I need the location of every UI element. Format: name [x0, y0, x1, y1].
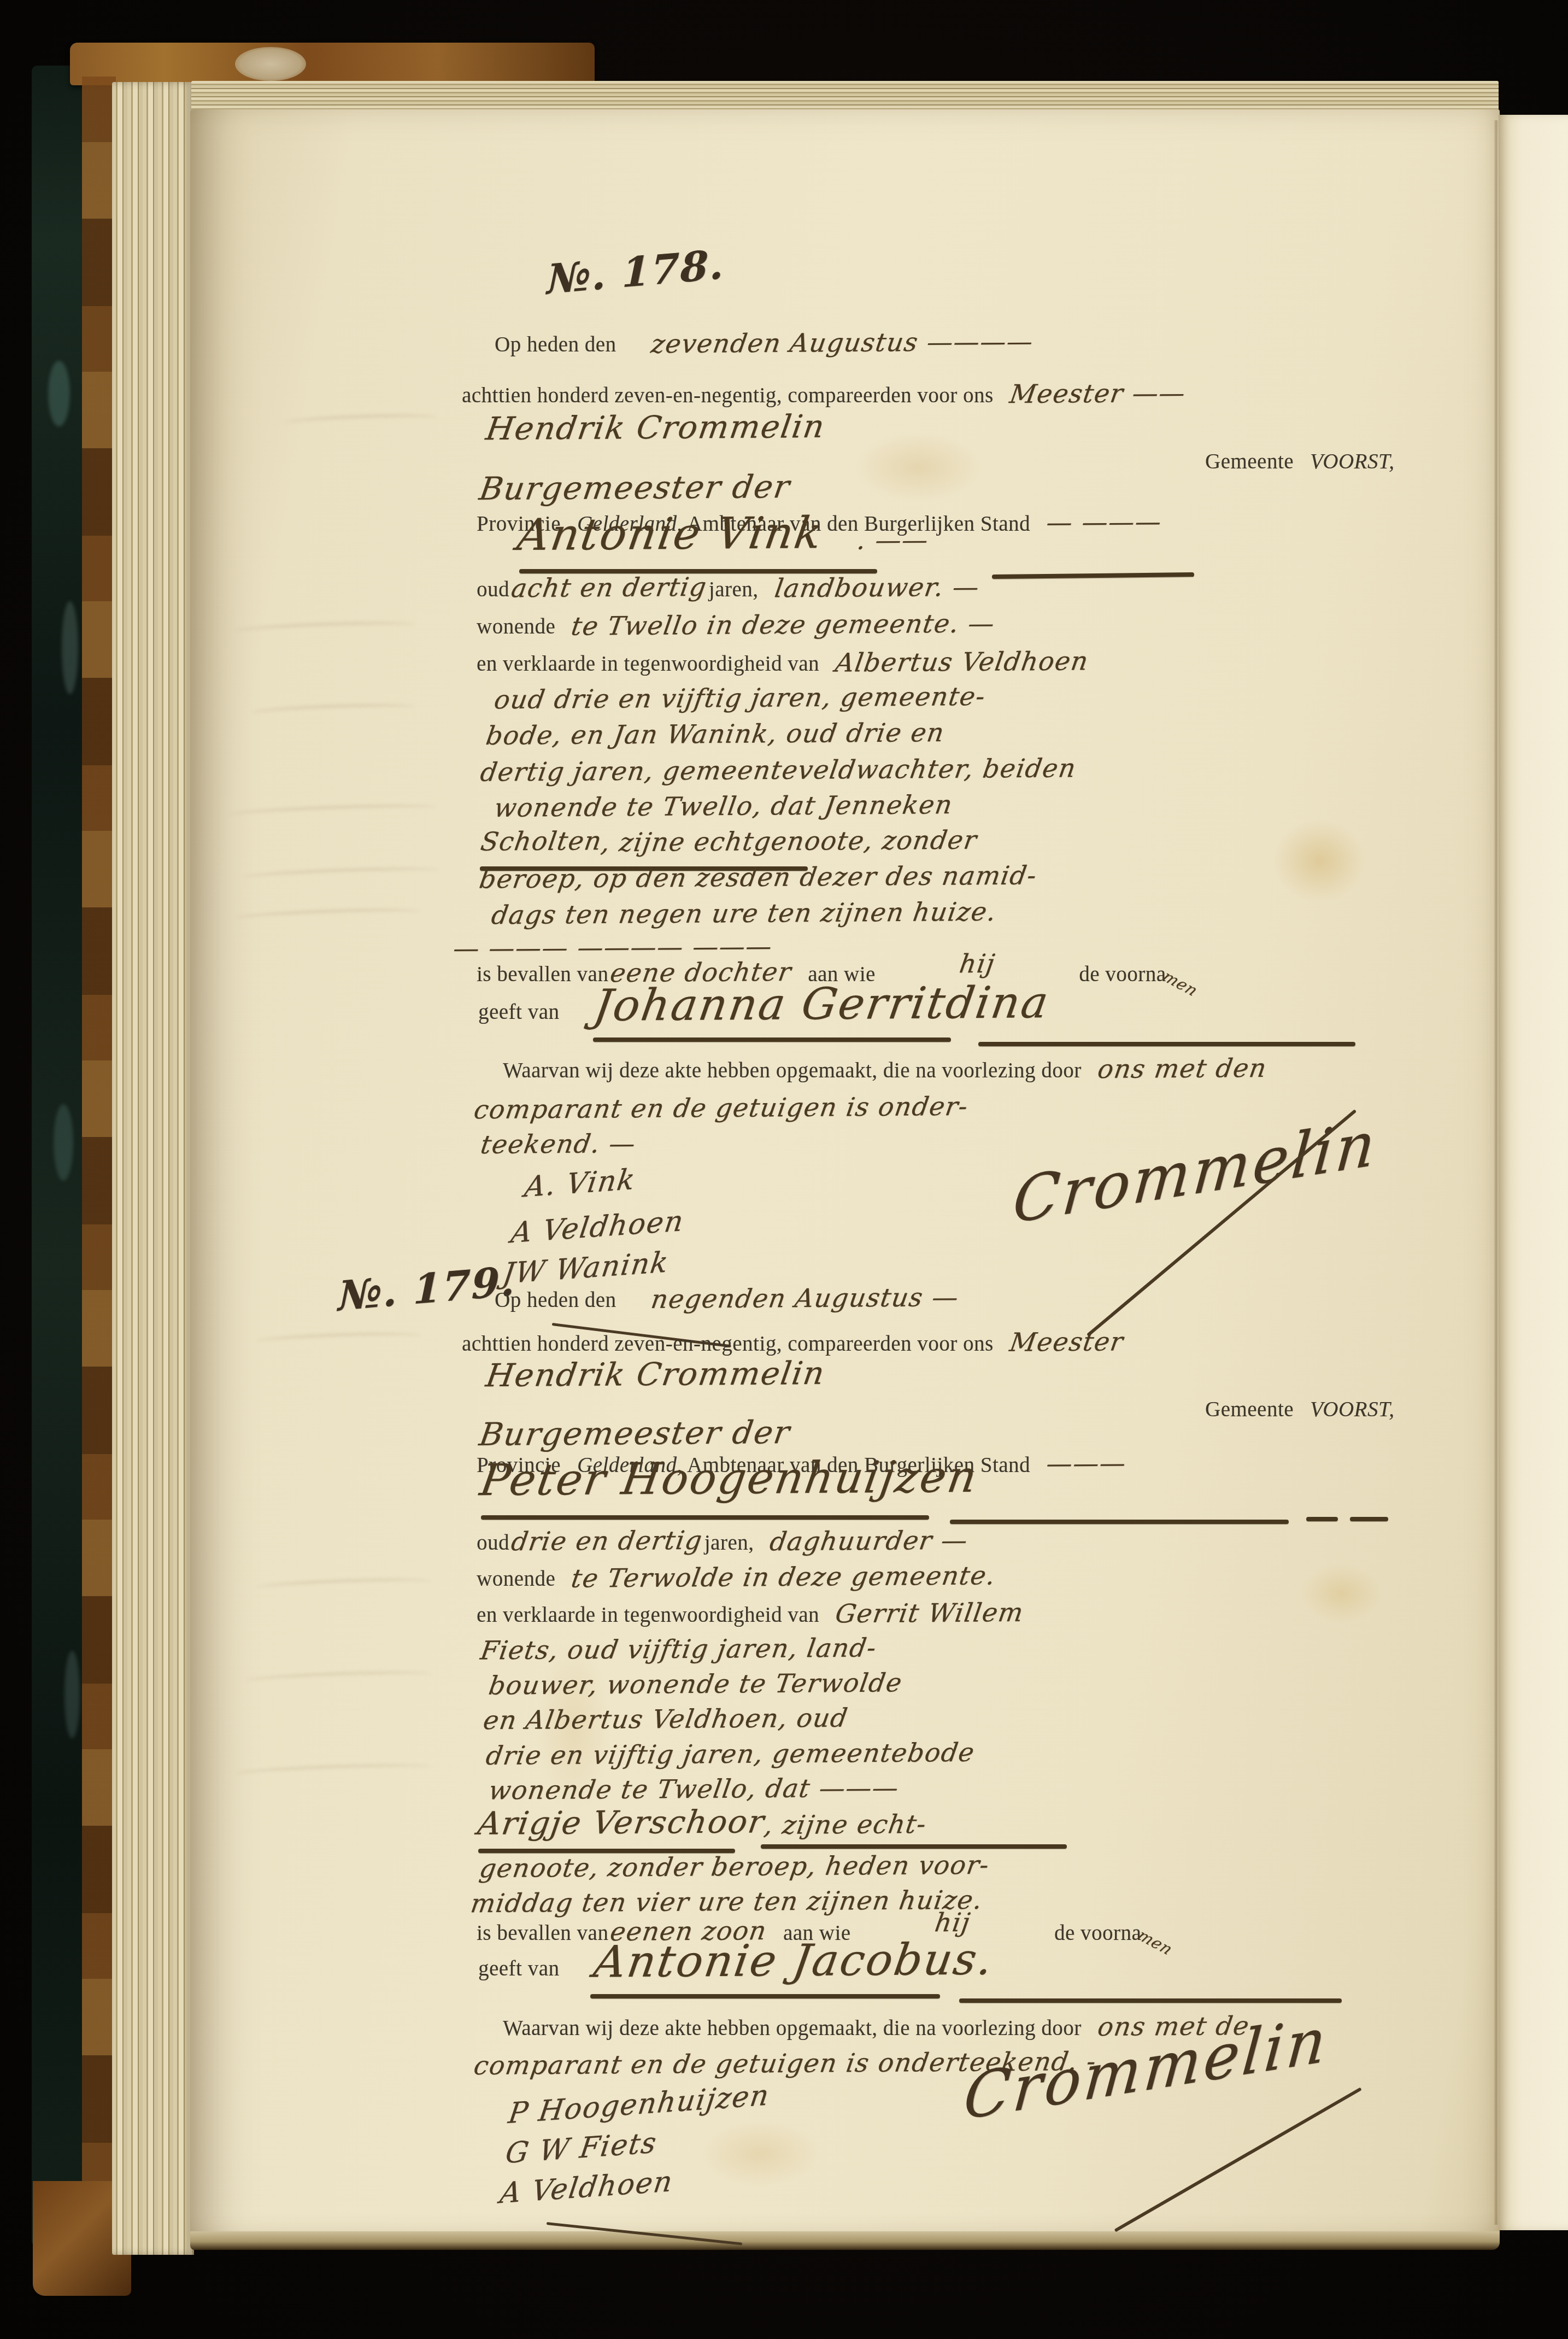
witness-signature: G W Fiets — [506, 2132, 657, 2165]
handwritten-name: Scholten — [479, 826, 604, 857]
handwritten-text: wonende te Twello, dat Jenneken — [492, 790, 955, 823]
handwritten-name: Hendrik Crommelin — [484, 1355, 828, 1394]
handwritten-text: Burgemeester der — [477, 1414, 793, 1453]
municipality-label: Gemeente VOORST, — [1205, 1397, 1394, 1422]
record-number-text: №. 179. — [338, 1258, 516, 1321]
record-line: Antonie Vink . —— — [518, 508, 929, 559]
marble-fleck — [48, 361, 70, 426]
record-line: dertig jaren, gemeenteveldwachter, beide… — [481, 755, 1076, 785]
handwritten-name: Peter Hoogenhuijzen — [477, 1451, 981, 1505]
municipality-label: Gemeente VOORST, — [1205, 449, 1394, 474]
handwritten-text: landbouwer. — — [772, 572, 982, 604]
record-line: Hendrik Crommelin — [486, 1356, 825, 1393]
paper-stain — [1301, 1563, 1383, 1623]
signature-text: A Veldhoen — [509, 1205, 686, 1250]
paper-stain — [700, 2121, 820, 2186]
ink-underline — [1350, 1517, 1388, 1521]
record-line: oud drie en vijftig jaren, gemeente- — [495, 683, 985, 713]
printed-text: de voorna — [1054, 1921, 1141, 1945]
printed-text: wonende — [477, 1567, 555, 1591]
handwritten-text: ——— — [1044, 1448, 1129, 1479]
handwritten-text: drie en vijftig jaren, gemeentebode — [484, 1738, 977, 1771]
ink-underline — [978, 1042, 1355, 1046]
record-line: Arigje Verschoor, zijne echt- — [478, 1804, 926, 1841]
record-line: Fiets, oud vijftig jaren, land- — [481, 1634, 876, 1664]
worn-leather-spine-left — [82, 77, 116, 2241]
signature-text: A Veldhoen — [498, 2165, 675, 2211]
handwritten-name: Arigje Verschoor — [475, 1803, 768, 1842]
signature-text: A. Vink — [522, 1163, 638, 1204]
handwritten-text: dags ten negen ure ten zijnen huize. — [489, 897, 999, 930]
record-line: Peter Hoogenhuijzen — [481, 1453, 977, 1504]
handwritten-text: te Terwolde in deze gemeente. — [569, 1561, 998, 1593]
handwritten-text: middag ten vier ure ten zijnen huize. — [468, 1885, 985, 1919]
record-line: wonende te Twello, dat Jenneken — [495, 792, 952, 822]
record-line: oud acht en dertig jaren, landbouwer. — — [477, 573, 979, 603]
handwritten-text: bode, en Jan Wanink, oud drie en — [484, 718, 947, 751]
stacked-page-edges-left — [112, 82, 194, 2255]
printed-text: geeft van — [478, 1957, 560, 1980]
printed-text: en verklaarde in tegenwoordigheid van — [477, 1603, 819, 1627]
witness-signature: P Hoogenhuijzen — [508, 2088, 770, 2121]
paper-stain — [1273, 820, 1366, 902]
record-line: Waarvan wij deze akte hebben opgemaakt, … — [503, 1054, 1266, 1084]
handwritten-text: zevenden Augustus ———— — [649, 327, 1035, 360]
record-line: Op heden den negenden Augustus — — [495, 1283, 958, 1314]
handwritten-text: Meester — [1007, 1327, 1125, 1357]
record-line: genoote, zonder beroep, heden voor- — [480, 1852, 989, 1882]
witness-signature: JW Wanink — [503, 1252, 669, 1285]
handwritten-text: . —— — [855, 525, 931, 556]
marble-fleck — [62, 601, 78, 694]
handwritten-text: genoote, zonder beroep, heden voor- — [477, 1850, 991, 1884]
stacked-page-edges-top — [191, 81, 1499, 113]
record-line: wonende te Twello, dat ——— — [489, 1774, 898, 1804]
handwritten-text: beroep, op den zesden dezer des namid- — [477, 860, 1039, 894]
record-line: en verklaarde in tegenwoordigheid van Al… — [477, 647, 1088, 677]
handwritten-text: acht en dertig — [509, 572, 709, 603]
handwritten-text: en Albertus Veldhoen, oud — [481, 1703, 850, 1736]
handwritten-text: , zijne echt- — [762, 1809, 929, 1840]
handwritten-text: Fiets, oud vijftig jaren, land- — [478, 1633, 878, 1666]
record-line: achttien honderd zeven-en-negentig, comp… — [462, 1327, 1123, 1357]
printed-municipality-name: VOORST, — [1310, 450, 1394, 473]
witness-signature: A Veldhoen — [500, 2171, 673, 2204]
handwritten-name: Hendrik Crommelin — [484, 408, 828, 447]
printed-text: oud — [477, 1531, 509, 1555]
record-line: oud drie en dertig jaren, daghuurder — — [477, 1526, 968, 1556]
handwritten-text: drie en dertig — [509, 1526, 704, 1557]
printed-text: achttien honderd zeven-en-negentig, comp… — [462, 384, 994, 407]
handwritten-text: te Twello in deze gemeente. — — [569, 608, 997, 641]
record-line: Burgemeester der — [480, 469, 790, 506]
next-page-edge — [1499, 115, 1568, 2230]
handwritten-text: Meester —— — [1007, 378, 1188, 409]
handwritten-text: , zijne echtgenoote, zonder — [600, 825, 979, 858]
ink-underline — [959, 1998, 1342, 2003]
ink-underline — [1306, 1517, 1338, 1521]
ink-underline — [950, 1520, 1289, 1524]
record-line: geeft van Antonie Jacobus. — [478, 1935, 993, 1986]
record-line: comparant en de getuigen is onder- — [474, 1093, 968, 1123]
printed-text: Gemeente — [1205, 1398, 1294, 1421]
handwritten-text: hij — [958, 949, 997, 979]
record-line: wonende te Terwolde in deze gemeente. — [477, 1562, 996, 1592]
printed-text: Op heden den — [495, 333, 616, 356]
record-line: Burgemeester der — [480, 1415, 790, 1452]
record-line: achttien honderd zeven-en-negentig, comp… — [462, 379, 1185, 409]
record-line: en verklaarde in tegenwoordigheid van Ge… — [477, 1598, 1024, 1628]
worn-leather-spine-top — [70, 43, 595, 85]
record-line: beroep, op den zesden dezer des namid- — [480, 863, 1036, 893]
handwritten-name: Antonie Vink — [514, 507, 827, 560]
handwritten-name: Gerrit Willem — [833, 1598, 1026, 1629]
marble-fleck — [64, 1651, 80, 1738]
registrar-signature: Crommelin — [1011, 1137, 1379, 1208]
registrar-signature: Crommelin — [962, 2033, 1330, 2104]
printed-municipality-name: VOORST, — [1310, 1398, 1394, 1421]
handwritten-name: Antonie Jacobus. — [590, 1933, 997, 1987]
handwritten-text: — ——— — [1044, 507, 1164, 537]
record-line: dags ten negen ure ten zijnen huize. — [492, 899, 996, 929]
handwritten-text: Burgemeester der — [477, 468, 793, 507]
printed-text: Waarvan wij deze akte hebben opgemaakt, … — [503, 1059, 1082, 1082]
worn-spine-corner — [235, 47, 306, 81]
ink-underline — [590, 1994, 940, 1998]
handwritten-text: comparant en de getuigen is onder- — [472, 1092, 970, 1125]
record-line: geeft van Johanna Gerritdina — [478, 978, 1049, 1029]
record-line: en Albertus Veldhoen, oud — [484, 1704, 848, 1734]
record-number-text: №. 178. — [547, 241, 725, 304]
ink-underline — [761, 1844, 1067, 1849]
handwritten-text: teekend. — — [479, 1129, 638, 1160]
printed-text: oud — [477, 578, 509, 601]
printed-text: Op heden den — [495, 1288, 616, 1312]
handwritten-text: oud drie en vijftig jaren, gemeente- — [492, 682, 988, 715]
printed-text: achttien honderd zeven-en-negentig, comp… — [462, 1332, 994, 1356]
printed-text: jaren, — [709, 578, 759, 601]
handwritten-text: wonende te Twello, dat ——— — [486, 1773, 901, 1805]
marble-fleck — [54, 1104, 73, 1181]
record-line: teekend. — — [481, 1129, 636, 1159]
record-line: Hendrik Crommelin — [486, 409, 825, 446]
record-number: №. 178. — [547, 249, 725, 296]
ink-underline — [481, 1515, 929, 1520]
record-number: №. 179. — [338, 1265, 516, 1312]
record-line: Scholten, zijne echtgenoote, zonder — [481, 826, 977, 857]
ink-underline — [593, 1037, 951, 1042]
witness-signature: A. Vink — [525, 1167, 636, 1200]
record-line: drie en vijftig jaren, gemeentebode — [486, 1739, 974, 1769]
handwritten-name: Albertus Veldhoen — [833, 646, 1091, 678]
printed-text: jaren, — [704, 1531, 754, 1555]
handwritten-text: daghuurder — — [768, 1526, 970, 1557]
handwritten-text: ons met den — [1095, 1053, 1269, 1085]
signature-text: G W Fiets — [503, 2126, 659, 2170]
handwritten-name: Johanna Gerritdina — [590, 977, 1053, 1031]
page-bottom-edge — [190, 2231, 1500, 2250]
printed-text: en verklaarde in tegenwoordigheid van — [477, 652, 819, 676]
scanned-register-photo: №. 178. Op heden den zevenden Augustus —… — [0, 0, 1568, 2339]
printed-text: de voorna — [1079, 963, 1166, 986]
witness-signature: A Veldhoen — [511, 1211, 684, 1244]
record-line: middag ten vier ure ten zijnen huize. — [471, 1887, 982, 1917]
printed-text: wonende — [477, 615, 555, 638]
page-fold-crease — [1494, 120, 1499, 2225]
paper-stain — [853, 432, 984, 503]
printed-text: geeft van — [478, 1000, 560, 1024]
record-line: wonende te Twello in deze gemeente. — — [477, 610, 995, 640]
record-line: bouwer, wonende te Terwolde — [489, 1669, 902, 1699]
printed-text: Gemeente — [1205, 450, 1294, 473]
handwritten-text: bouwer, wonende te Terwolde — [486, 1668, 904, 1701]
record-line: Op heden den zevenden Augustus ———— — [495, 328, 1033, 358]
record-line: bode, en Jan Wanink, oud drie en — [486, 719, 944, 749]
handwritten-text: negenden Augustus — — [649, 1282, 961, 1315]
handwritten-text: dertig jaren, gemeenteveldwachter, beide… — [478, 753, 1078, 788]
